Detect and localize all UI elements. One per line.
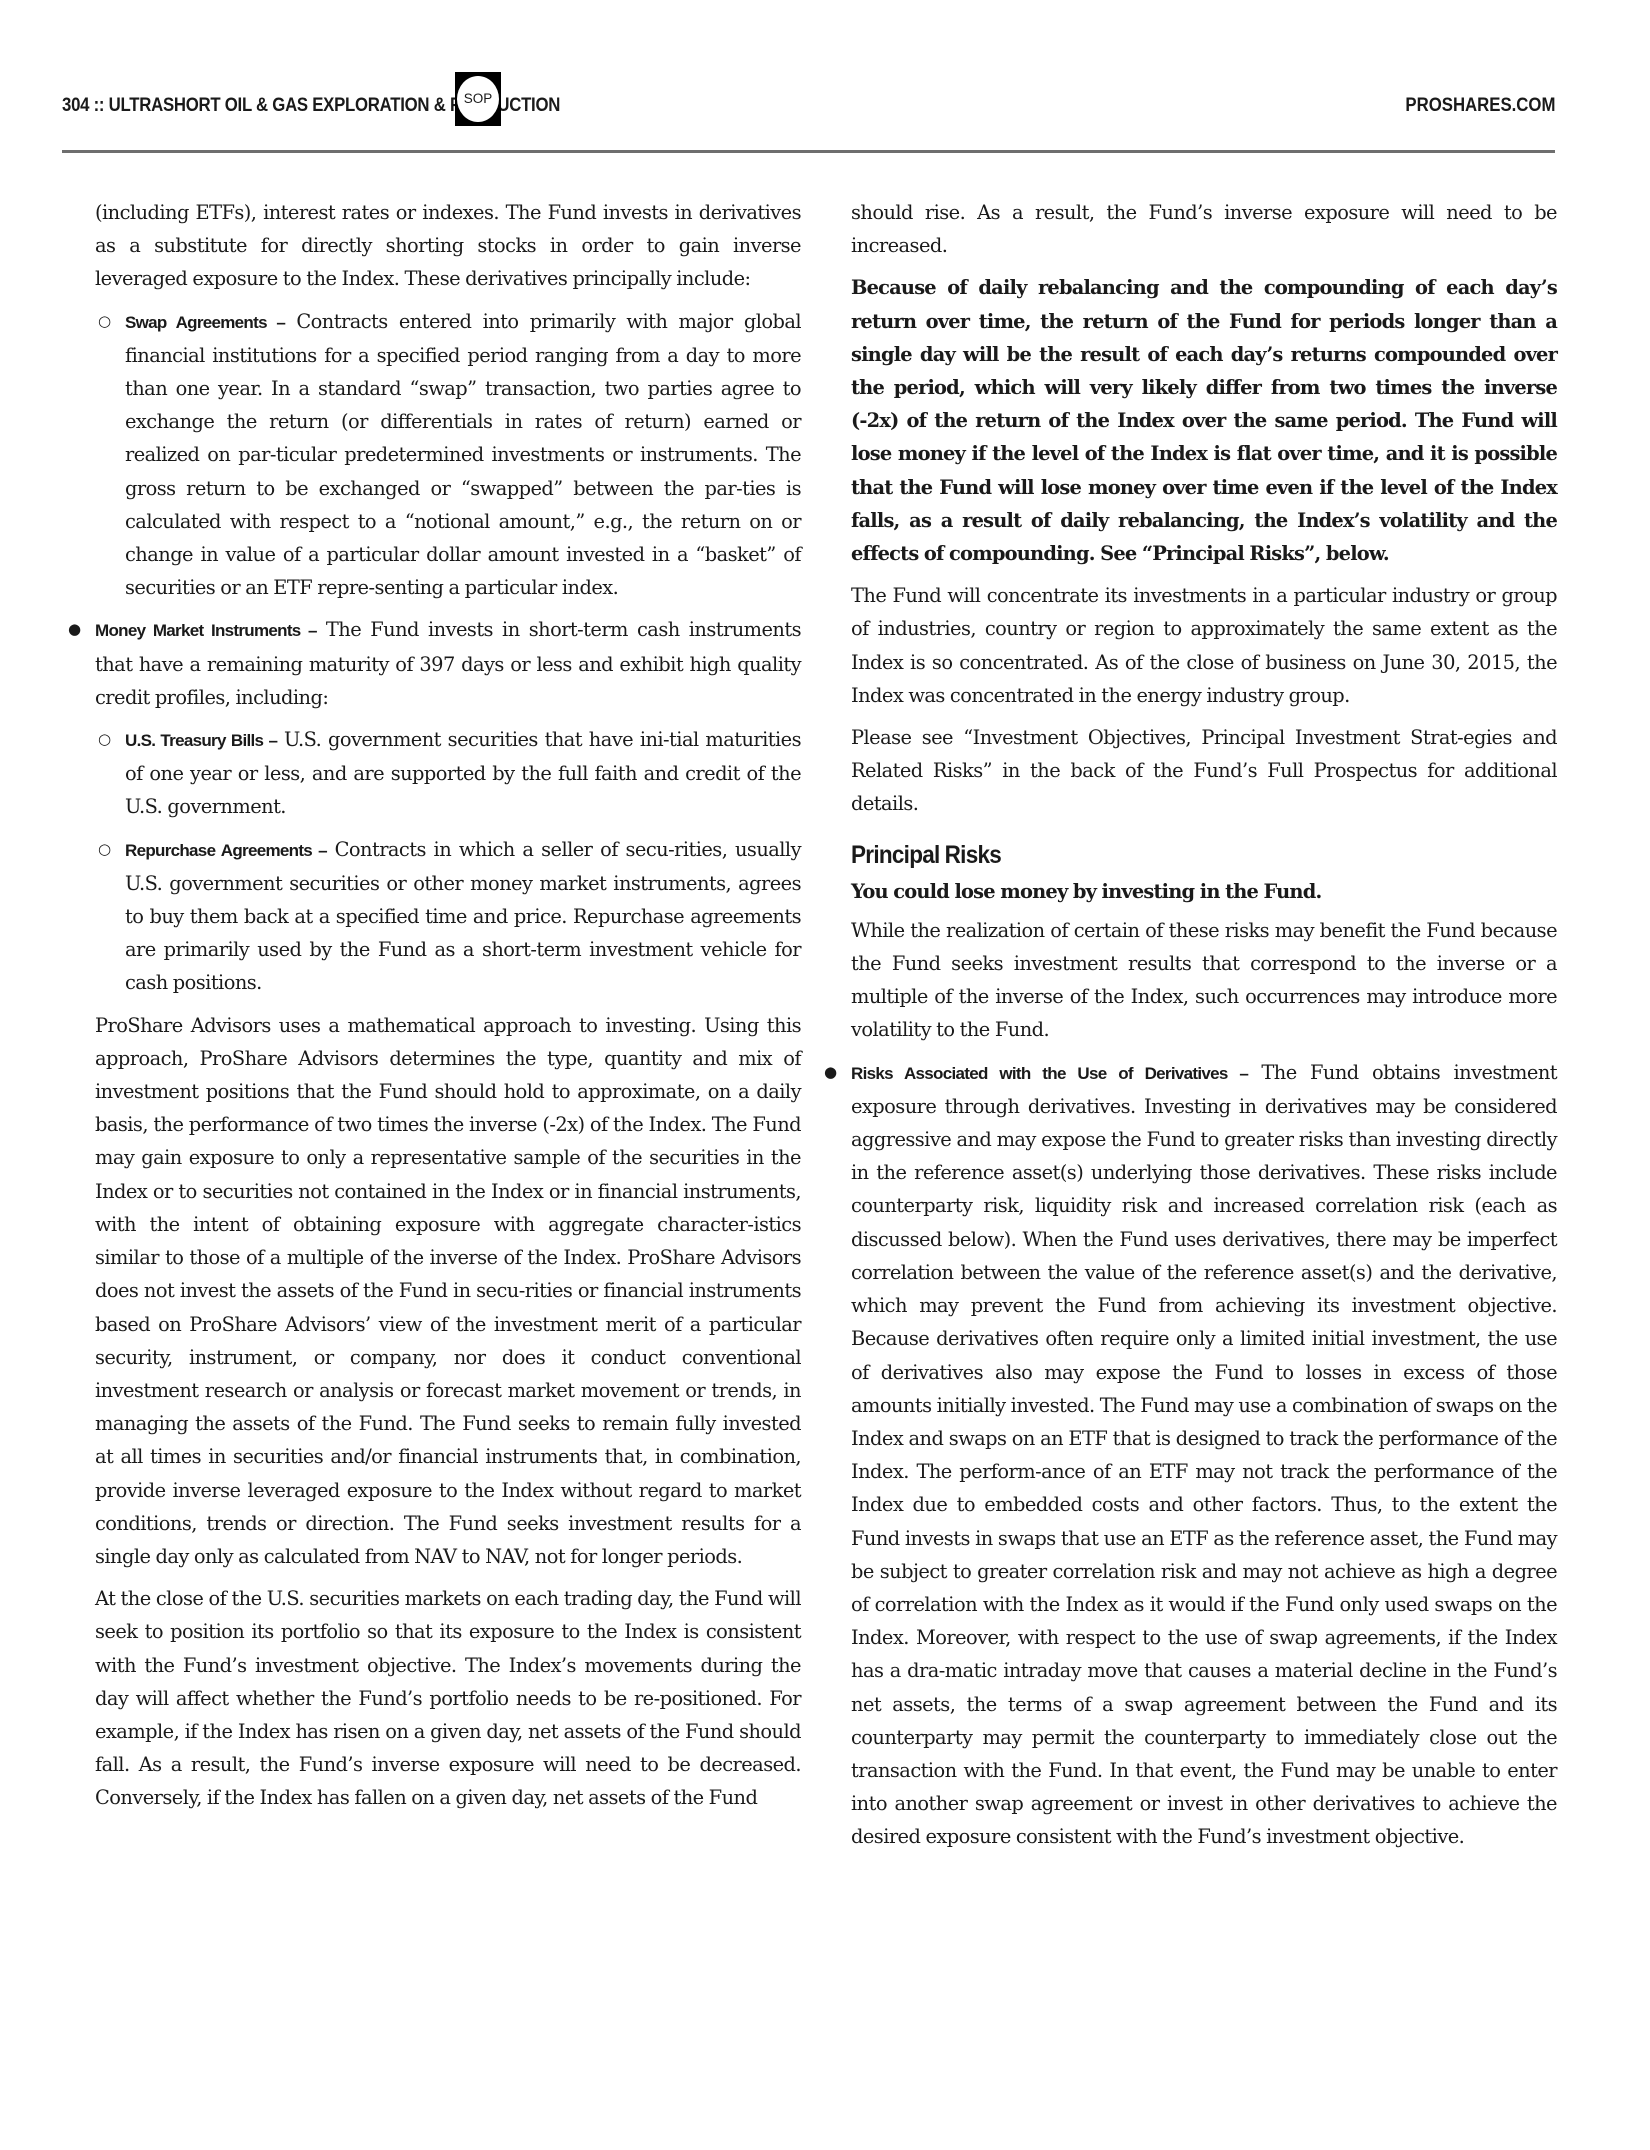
term-text: The Fund obtains investment exposure thr…: [851, 1061, 1557, 1849]
term-label: Money Market Instruments –: [95, 621, 317, 640]
open-bullet-icon: ○: [98, 723, 111, 756]
site-name: PROSHARES.COM: [1405, 94, 1555, 117]
ticker-badge-label: SOP: [457, 76, 499, 122]
list-item-money-market: ● Money Market Instruments – The Fund in…: [95, 613, 801, 714]
term-label: Swap Agreements –: [125, 313, 285, 332]
term-text: Contracts in which a seller of secu-riti…: [125, 838, 801, 995]
section-heading-principal-risks: Principal Risks: [851, 837, 1486, 873]
ticker-badge: SOP: [455, 72, 501, 126]
list-item-derivatives-risk: ● Risks Associated with the Use of Deriv…: [851, 1056, 1557, 1854]
concentration-paragraph: The Fund will concentrate its investment…: [851, 579, 1557, 712]
see-prospectus-paragraph: Please see “Investment Objectives, Princ…: [851, 721, 1557, 821]
header-divider: [62, 150, 1555, 153]
continued-paragraph: should rise. As a result, the Fund’s inv…: [851, 196, 1557, 262]
open-bullet-icon: ○: [98, 305, 111, 338]
term-label: U.S. Treasury Bills –: [125, 731, 277, 750]
right-column: should rise. As a result, the Fund’s inv…: [851, 196, 1557, 1863]
term-label: Repurchase Agreements –: [125, 841, 327, 860]
lose-money-warning: You could lose money by investing in the…: [851, 875, 1557, 908]
list-item-treasury-bills: ○ U.S. Treasury Bills – U.S. government …: [125, 723, 801, 824]
term-text: Contracts entered into primarily with ma…: [125, 310, 801, 600]
left-column: (including ETFs), interest rates or inde…: [95, 196, 801, 1824]
rebalancing-warning: Because of daily rebalancing and the com…: [851, 271, 1557, 570]
realization-paragraph: While the realization of certain of thes…: [851, 914, 1557, 1047]
approach-paragraph: ProShare Advisors uses a mathematical ap…: [95, 1009, 801, 1573]
term-label: Risks Associated with the Use of Derivat…: [851, 1064, 1248, 1083]
filled-bullet-icon: ●: [824, 1056, 837, 1089]
page-header: 304 :: ULTRASHORT OIL & GAS EXPLORATION …: [62, 66, 1555, 156]
list-item-repurchase-agreements: ○ Repurchase Agreements – Contracts in w…: [125, 833, 801, 1000]
list-item-swap-agreements: ○ Swap Agreements – Contracts entered in…: [125, 305, 801, 605]
open-bullet-icon: ○: [98, 833, 111, 866]
filled-bullet-icon: ●: [68, 613, 81, 646]
market-close-paragraph: At the close of the U.S. securities mark…: [95, 1582, 801, 1814]
intro-paragraph: (including ETFs), interest rates or inde…: [95, 196, 801, 296]
